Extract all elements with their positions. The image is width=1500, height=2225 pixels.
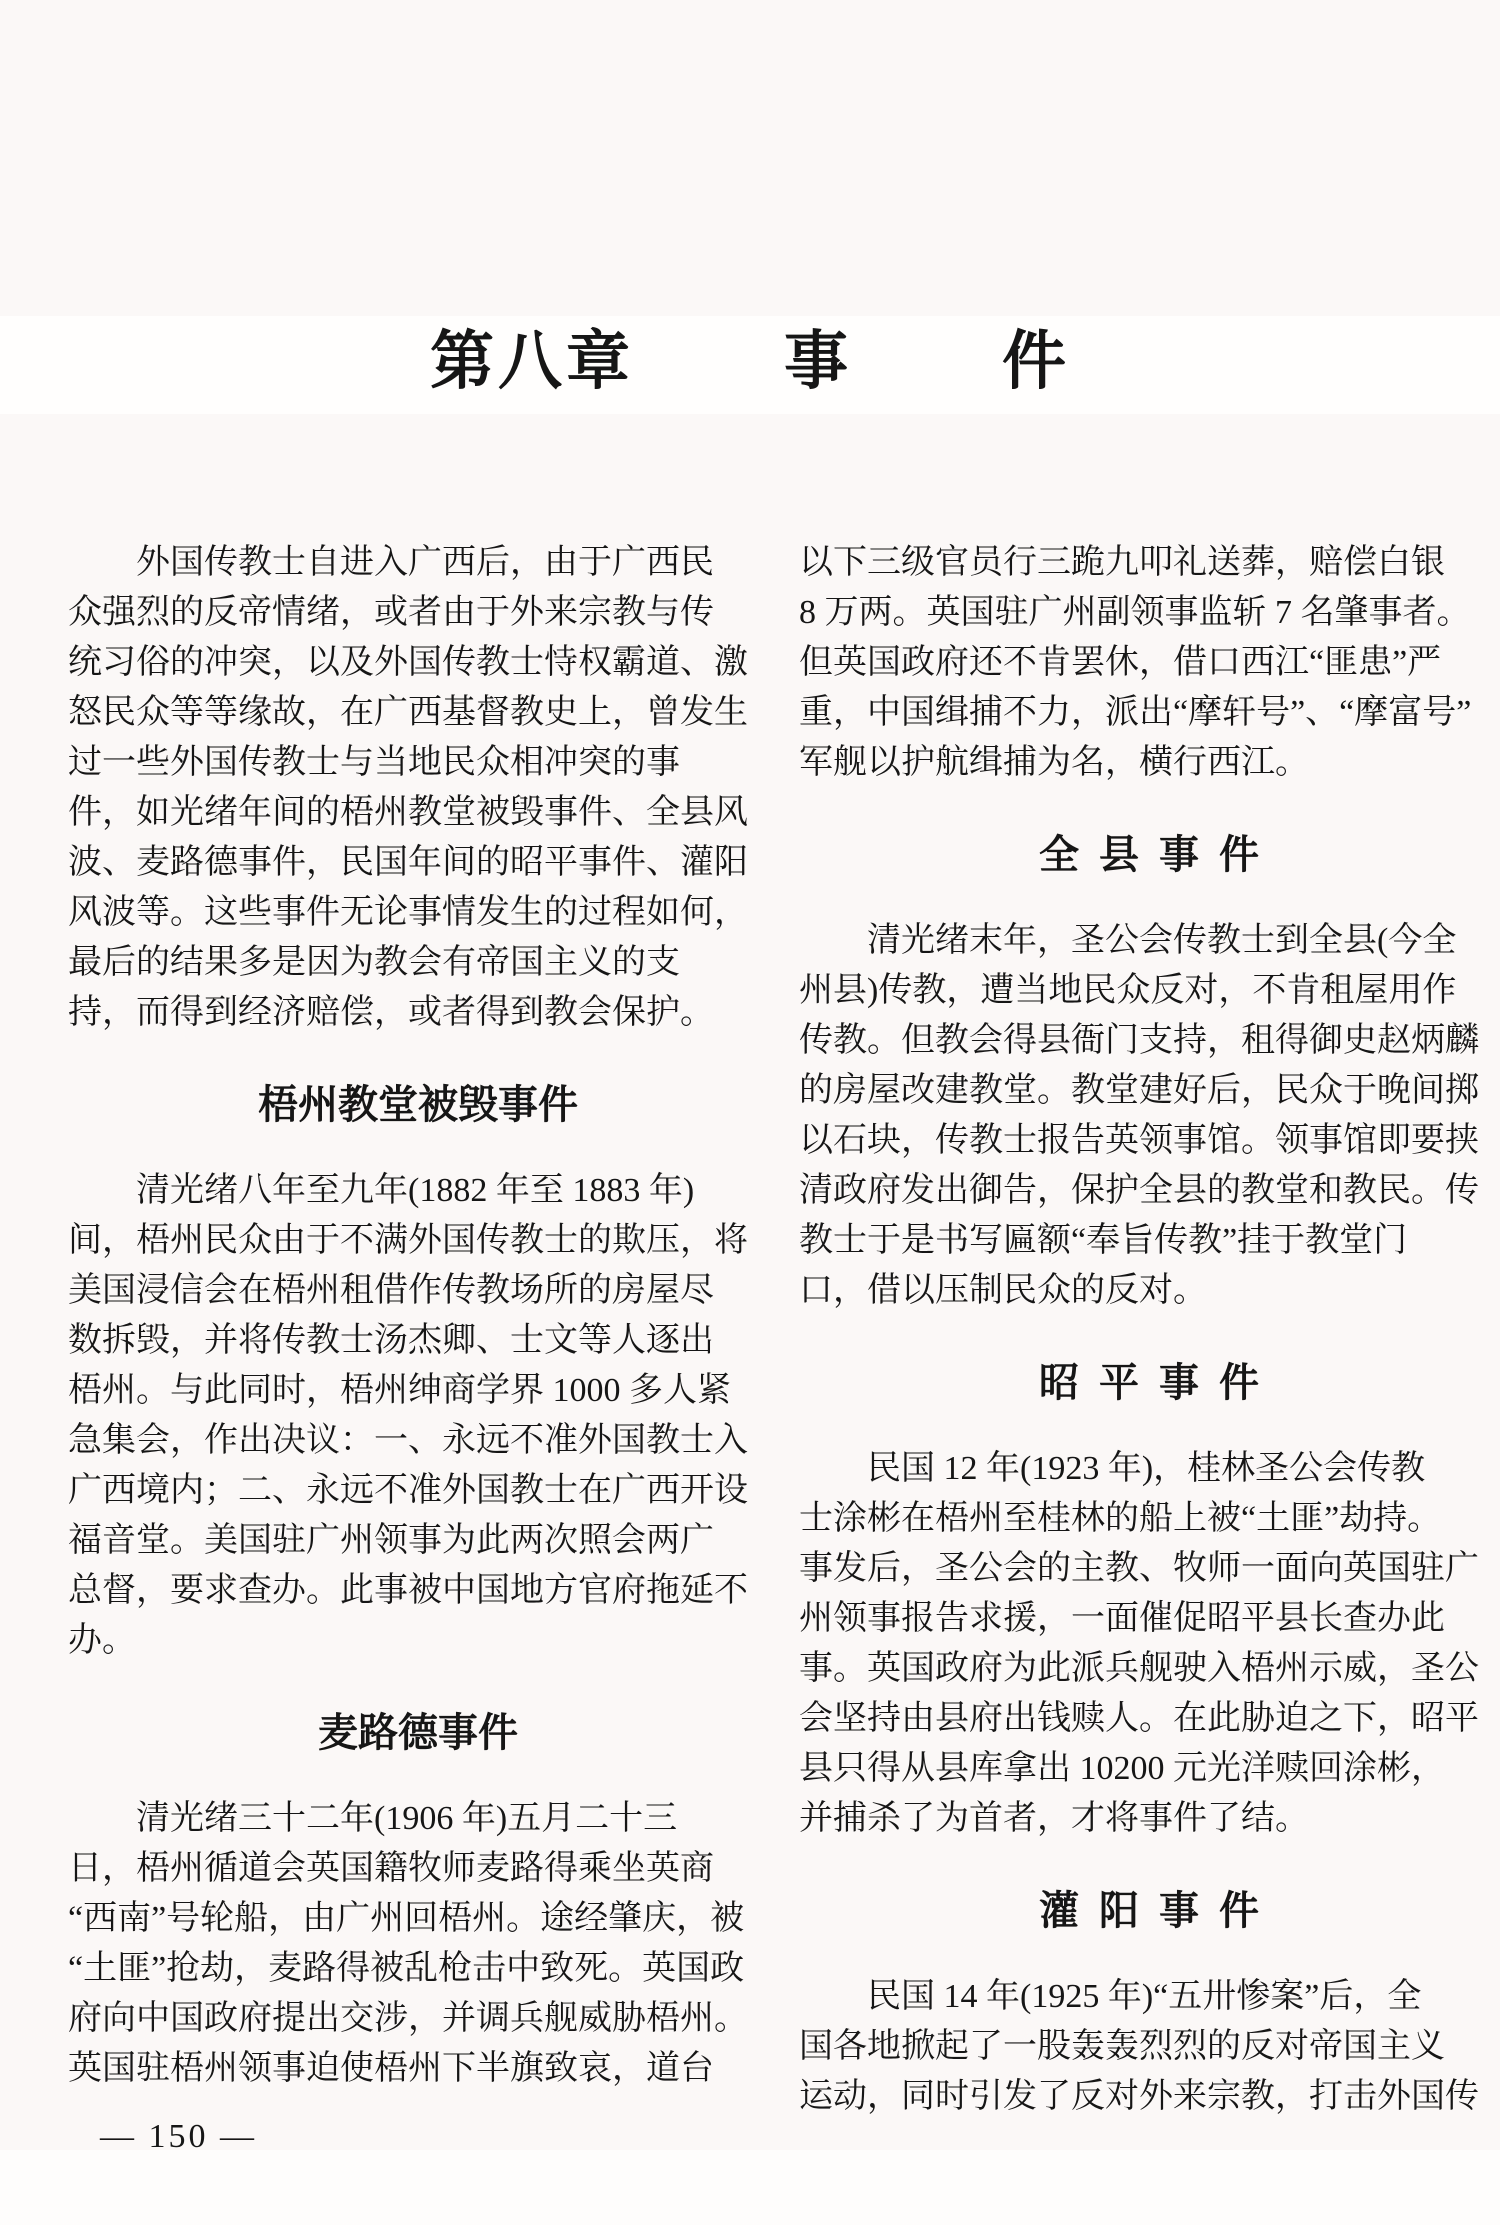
- text-line: 州领事报告求援，一面催促昭平县长查办此: [799, 1594, 1499, 1644]
- text-line: 以石块，传教士报告英领事馆。领事馆即要挟: [799, 1116, 1499, 1166]
- text-line: 的房屋改建教堂。教堂建好后，民众于晚间掷: [799, 1066, 1499, 1116]
- section-heading: 灌 阳 事 件: [799, 1886, 1499, 1936]
- text-line: 会坚持由县府出钱赎人。在此胁迫之下，昭平: [799, 1694, 1499, 1744]
- text-line: 总督，要求查办。此事被中国地方官府拖延不: [68, 1566, 768, 1616]
- text-line: 广西境内；二、永远不准外国教士在广西开设: [68, 1466, 768, 1516]
- section-heading: 昭 平 事 件: [799, 1358, 1499, 1408]
- text-line: 清光绪末年，圣公会传教士到全县(今全: [799, 916, 1499, 966]
- text-line: 最后的结果多是因为教会有帝国主义的支: [68, 938, 768, 988]
- text-line: 传教。但教会得县衙门支持，租得御史赵炳麟: [799, 1016, 1499, 1066]
- text-line: 众强烈的反帝情绪，或者由于外来宗教与传: [68, 588, 768, 638]
- text-line: 波、麦路德事件，民国年间的昭平事件、灌阳: [68, 838, 768, 888]
- text-line: 外国传教士自进入广西后，由于广西民: [68, 538, 768, 588]
- text-line: 并捕杀了为首者，才将事件了结。: [799, 1794, 1499, 1844]
- text-line: 怒民众等等缘故，在广西基督教史上，曾发生: [68, 688, 768, 738]
- chapter-title: 第八章 事 件: [0, 330, 1500, 394]
- section-heading: 梧州教堂被毁事件: [68, 1080, 768, 1130]
- paragraph: 清光绪三十二年(1906 年)五月二十三日，梧州循道会英国籍牧师麦路得乘坐英商“…: [68, 1794, 768, 2094]
- text-line: 清光绪三十二年(1906 年)五月二十三: [68, 1794, 768, 1844]
- text-line: 持，而得到经济赔偿，或者得到教会保护。: [68, 988, 768, 1038]
- text-line: 美国浸信会在梧州租借作传教场所的房屋尽: [68, 1266, 768, 1316]
- text-line: 士涂彬在梧州至桂林的船上被“土匪”劫持。: [799, 1494, 1499, 1544]
- text-line: 急集会，作出决议：一、永远不准外国教士入: [68, 1416, 768, 1466]
- text-line: 过一些外国传教士与当地民众相冲突的事: [68, 738, 768, 788]
- text-line: 数拆毁，并将传教士汤杰卿、士文等人逐出: [68, 1316, 768, 1366]
- text-line: 间，梧州民众由于不满外国传教士的欺压，将: [68, 1216, 768, 1266]
- text-line: 风波等。这些事件无论事情发生的过程如何，: [68, 888, 768, 938]
- page-number: — 150 —: [100, 2112, 257, 2162]
- text-line: “西南”号轮船，由广州回梧州。途经肇庆，被: [68, 1894, 768, 1944]
- text-line: 教士于是书写匾额“奉旨传教”挂于教堂门: [799, 1216, 1499, 1266]
- left-column: 外国传教士自进入广西后，由于广西民众强烈的反帝情绪，或者由于外来宗教与传统习俗的…: [68, 538, 768, 2094]
- text-line: 统习俗的冲突，以及外国传教士恃权霸道、激: [68, 638, 768, 688]
- paragraph: 清光绪八年至九年(1882 年至 1883 年)间，梧州民众由于不满外国传教士的…: [68, 1166, 768, 1666]
- text-line: 清光绪八年至九年(1882 年至 1883 年): [68, 1166, 768, 1216]
- text-line: 英国驻梧州领事迫使梧州下半旗致哀，道台: [68, 2044, 768, 2094]
- paragraph: 民国 12 年(1923 年)，桂林圣公会传教士涂彬在梧州至桂林的船上被“土匪”…: [799, 1444, 1499, 1844]
- text-line: 件，如光绪年间的梧州教堂被毁事件、全县风: [68, 788, 768, 838]
- chapter-number: 第八章: [430, 330, 634, 394]
- text-line: 州县)传教，遭当地民众反对，不肯租屋用作: [799, 966, 1499, 1016]
- paragraph: 外国传教士自进入广西后，由于广西民众强烈的反帝情绪，或者由于外来宗教与传统习俗的…: [68, 538, 768, 1038]
- text-line: 军舰以护航缉捕为名，横行西江。: [799, 738, 1499, 788]
- text-line: 8 万两。英国驻广州副领事监斩 7 名肇事者。: [799, 588, 1499, 638]
- text-line: 府向中国政府提出交涉，并调兵舰威胁梧州。: [68, 1994, 768, 2044]
- text-line: 事发后，圣公会的主教、牧师一面向英国驻广: [799, 1544, 1499, 1594]
- section-heading: 麦路德事件: [68, 1708, 768, 1758]
- text-line: 运动，同时引发了反对外来宗教，打击外国传: [799, 2072, 1499, 2122]
- paragraph: 清光绪末年，圣公会传教士到全县(今全州县)传教，遭当地民众反对，不肯租屋用作传教…: [799, 916, 1499, 1316]
- text-line: “土匪”抢劫，麦路得被乱枪击中致死。英国政: [68, 1944, 768, 1994]
- text-line: 梧州。与此同时，梧州绅商学界 1000 多人紧: [68, 1366, 768, 1416]
- text-line: 民国 12 年(1923 年)，桂林圣公会传教: [799, 1444, 1499, 1494]
- text-line: 办。: [68, 1616, 768, 1666]
- text-line: 以下三级官员行三跪九叩礼送葬，赔偿白银: [799, 538, 1499, 588]
- text-line: 民国 14 年(1925 年)“五卅惨案”后，全: [799, 1972, 1499, 2022]
- text-line: 但英国政府还不肯罢休，借口西江“匪患”严: [799, 638, 1499, 688]
- right-column: 以下三级官员行三跪九叩礼送葬，赔偿白银8 万两。英国驻广州副领事监斩 7 名肇事…: [799, 538, 1499, 2122]
- paragraph: 民国 14 年(1925 年)“五卅惨案”后，全国各地掀起了一股轰轰烈烈的反对帝…: [799, 1972, 1499, 2122]
- text-line: 日，梧州循道会英国籍牧师麦路得乘坐英商: [68, 1844, 768, 1894]
- text-line: 口，借以压制民众的反对。: [799, 1266, 1499, 1316]
- text-line: 县只得从县库拿出 10200 元光洋赎回涂彬，: [799, 1744, 1499, 1794]
- text-line: 重，中国缉捕不力，派出“摩轩号”、“摩富号”: [799, 688, 1499, 738]
- text-line: 福音堂。美国驻广州领事为此两次照会两广: [68, 1516, 768, 1566]
- text-line: 事。英国政府为此派兵舰驶入梧州示威，圣公: [799, 1644, 1499, 1694]
- section-heading: 全 县 事 件: [799, 830, 1499, 880]
- text-line: 国各地掀起了一股轰轰烈烈的反对帝国主义: [799, 2022, 1499, 2072]
- text-line: 清政府发出御告，保护全县的教堂和教民。传: [799, 1166, 1499, 1216]
- chapter-title-word-1: 事: [784, 330, 852, 394]
- chapter-title-word-2: 件: [1002, 330, 1070, 394]
- paragraph: 以下三级官员行三跪九叩礼送葬，赔偿白银8 万两。英国驻广州副领事监斩 7 名肇事…: [799, 538, 1499, 788]
